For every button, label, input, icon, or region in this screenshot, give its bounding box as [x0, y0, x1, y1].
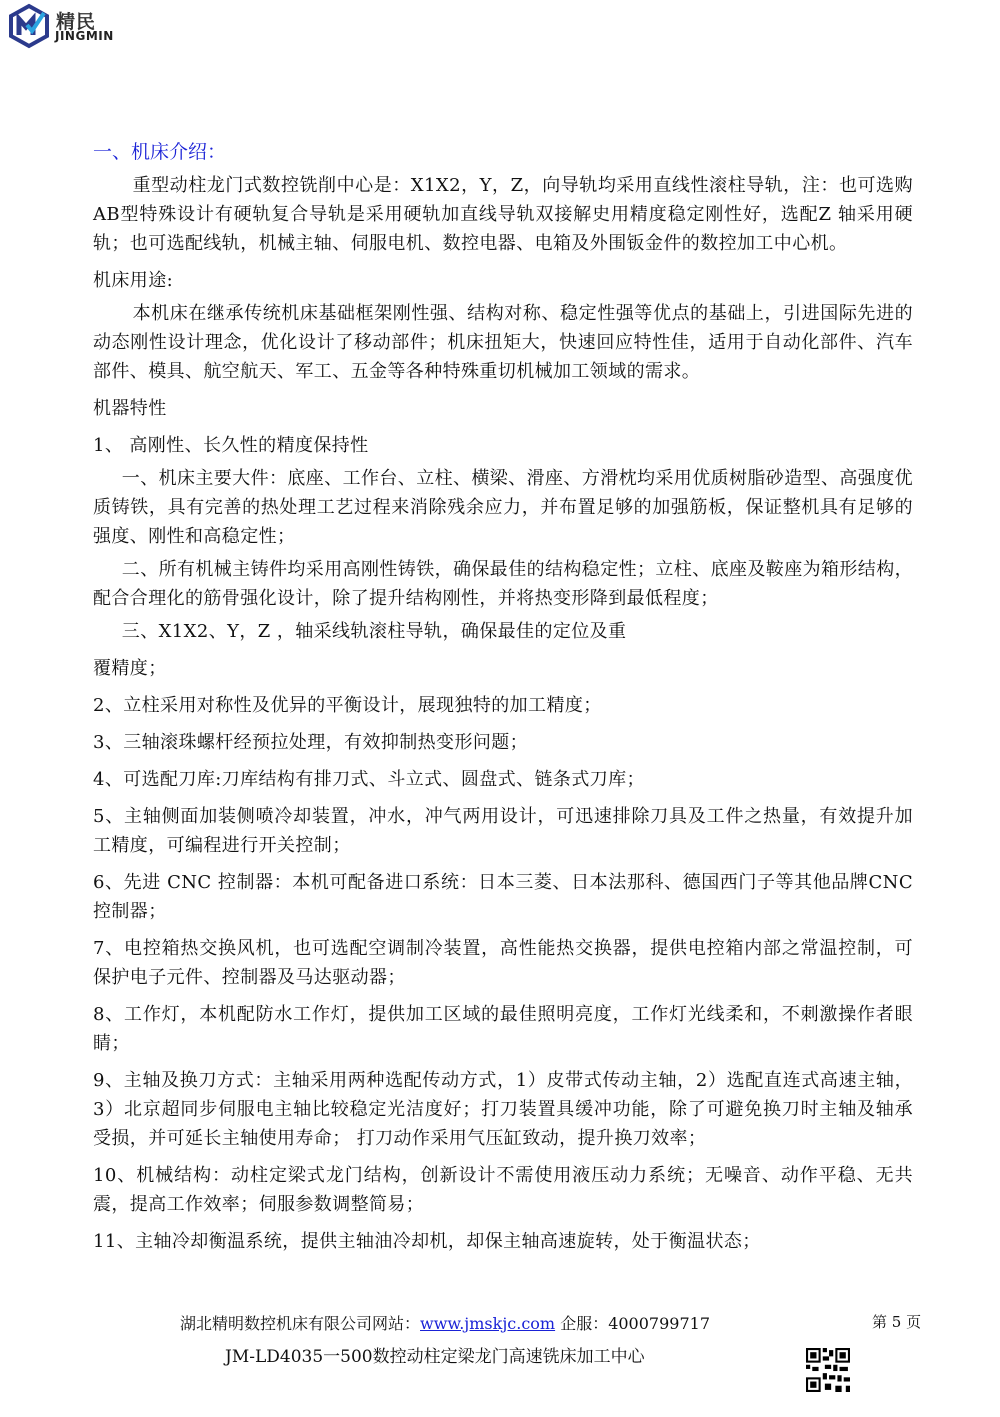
feature-1-sub-3: 三、X1X2、Y，Z ，轴采线轨滚柱导轨，确保最佳的定位及重 [93, 617, 913, 646]
footer-company-line: 湖北精明数控机床有限公司网站：www.jmskjc.com 企服：4000799… [180, 1311, 710, 1334]
document-body: 一、机床介绍： 重型动柱龙门式数控铣削中心是：X1X2，Y，Z，向导轨均采用直线… [93, 138, 913, 1260]
qr-code-icon [806, 1348, 850, 1392]
feature-item: 3、三轴滚珠螺杆经预拉处理，有效抑制热变形问题； [93, 728, 913, 757]
page-number: 第 5 页 [872, 1311, 921, 1332]
feature-item: 7、电控箱热交换风机，也可选配空调制冷装置，高性能热交换器，提供电控箱内部之常温… [93, 934, 913, 992]
feature-item: 8、工作灯，本机配防水工作灯，提供加工区域的最佳照明亮度，工作灯光线柔和，不刺激… [93, 1000, 913, 1058]
section-heading: 一、机床介绍： [93, 138, 913, 166]
feature-item: 5、主轴侧面加装侧喷冷却装置，冲水，冲气两用设计，可迅速排除刀具及工件之热量，有… [93, 802, 913, 860]
feature-item: 6、先进 CNC 控制器：本机可配备进口系统：日本三菱、日本法那科、德国西门子等… [93, 868, 913, 926]
feature-item: 2、立柱采用对称性及优异的平衡设计，展现独特的加工精度； [93, 691, 913, 720]
footer-model-title: JM-LD4035一500数控动柱定梁龙门高速铣床加工中心 [225, 1342, 645, 1367]
feature-item: 11、主轴冷却衡温系统，提供主轴油冷却机，却保主轴高速旋转，处于衡温状态； [93, 1227, 913, 1256]
intro-paragraph: 重型动柱龙门式数控铣削中心是：X1X2，Y，Z，向导轨均采用直线性滚柱导轨，注：… [93, 171, 913, 258]
logo-english-text: JINGMIN [55, 29, 114, 43]
website-link[interactable]: www.jmskjc.com [420, 1314, 555, 1333]
feature-item: 10、机械结构：动柱定梁式龙门结构，创新设计不需使用液压动力系统；无噪音、动作平… [93, 1161, 913, 1219]
feature-1-tail: 覆精度； [93, 654, 913, 683]
feature-1-title: 1、 高刚性、长久性的精度保持性 [93, 431, 913, 460]
usage-title: 机床用途: [93, 266, 913, 295]
footer-company-name: 湖北精明数控机床有限公司网站： [180, 1314, 420, 1333]
company-logo: 精民 JINGMIN [6, 3, 126, 49]
footer-service-phone: 企服：4000799717 [555, 1314, 710, 1333]
usage-paragraph: 本机床在继承传统机床基础框架刚性强、结构对称、稳定性强等优点的基础上，引进国际先… [93, 299, 913, 386]
logo-hexagon-icon [6, 3, 52, 49]
feature-item: 9、主轴及换刀方式：主轴采用两种选配传动方式，1）皮带式传动主轴，2）选配直连式… [93, 1066, 913, 1153]
features-title: 机器特性 [93, 394, 913, 423]
feature-1-sub-2: 二、所有机械主铸件均采用高刚性铸铁，确保最佳的结构稳定性；立柱、底座及鞍座为箱形… [93, 555, 913, 613]
feature-item: 4、可选配刀库:刀库结构有排刀式、斗立式、圆盘式、链条式刀库； [93, 765, 913, 794]
feature-1-sub-1: 一、机床主要大件：底座、工作台、立柱、横梁、滑座、方滑枕均采用优质树脂砂造型、高… [93, 464, 913, 551]
